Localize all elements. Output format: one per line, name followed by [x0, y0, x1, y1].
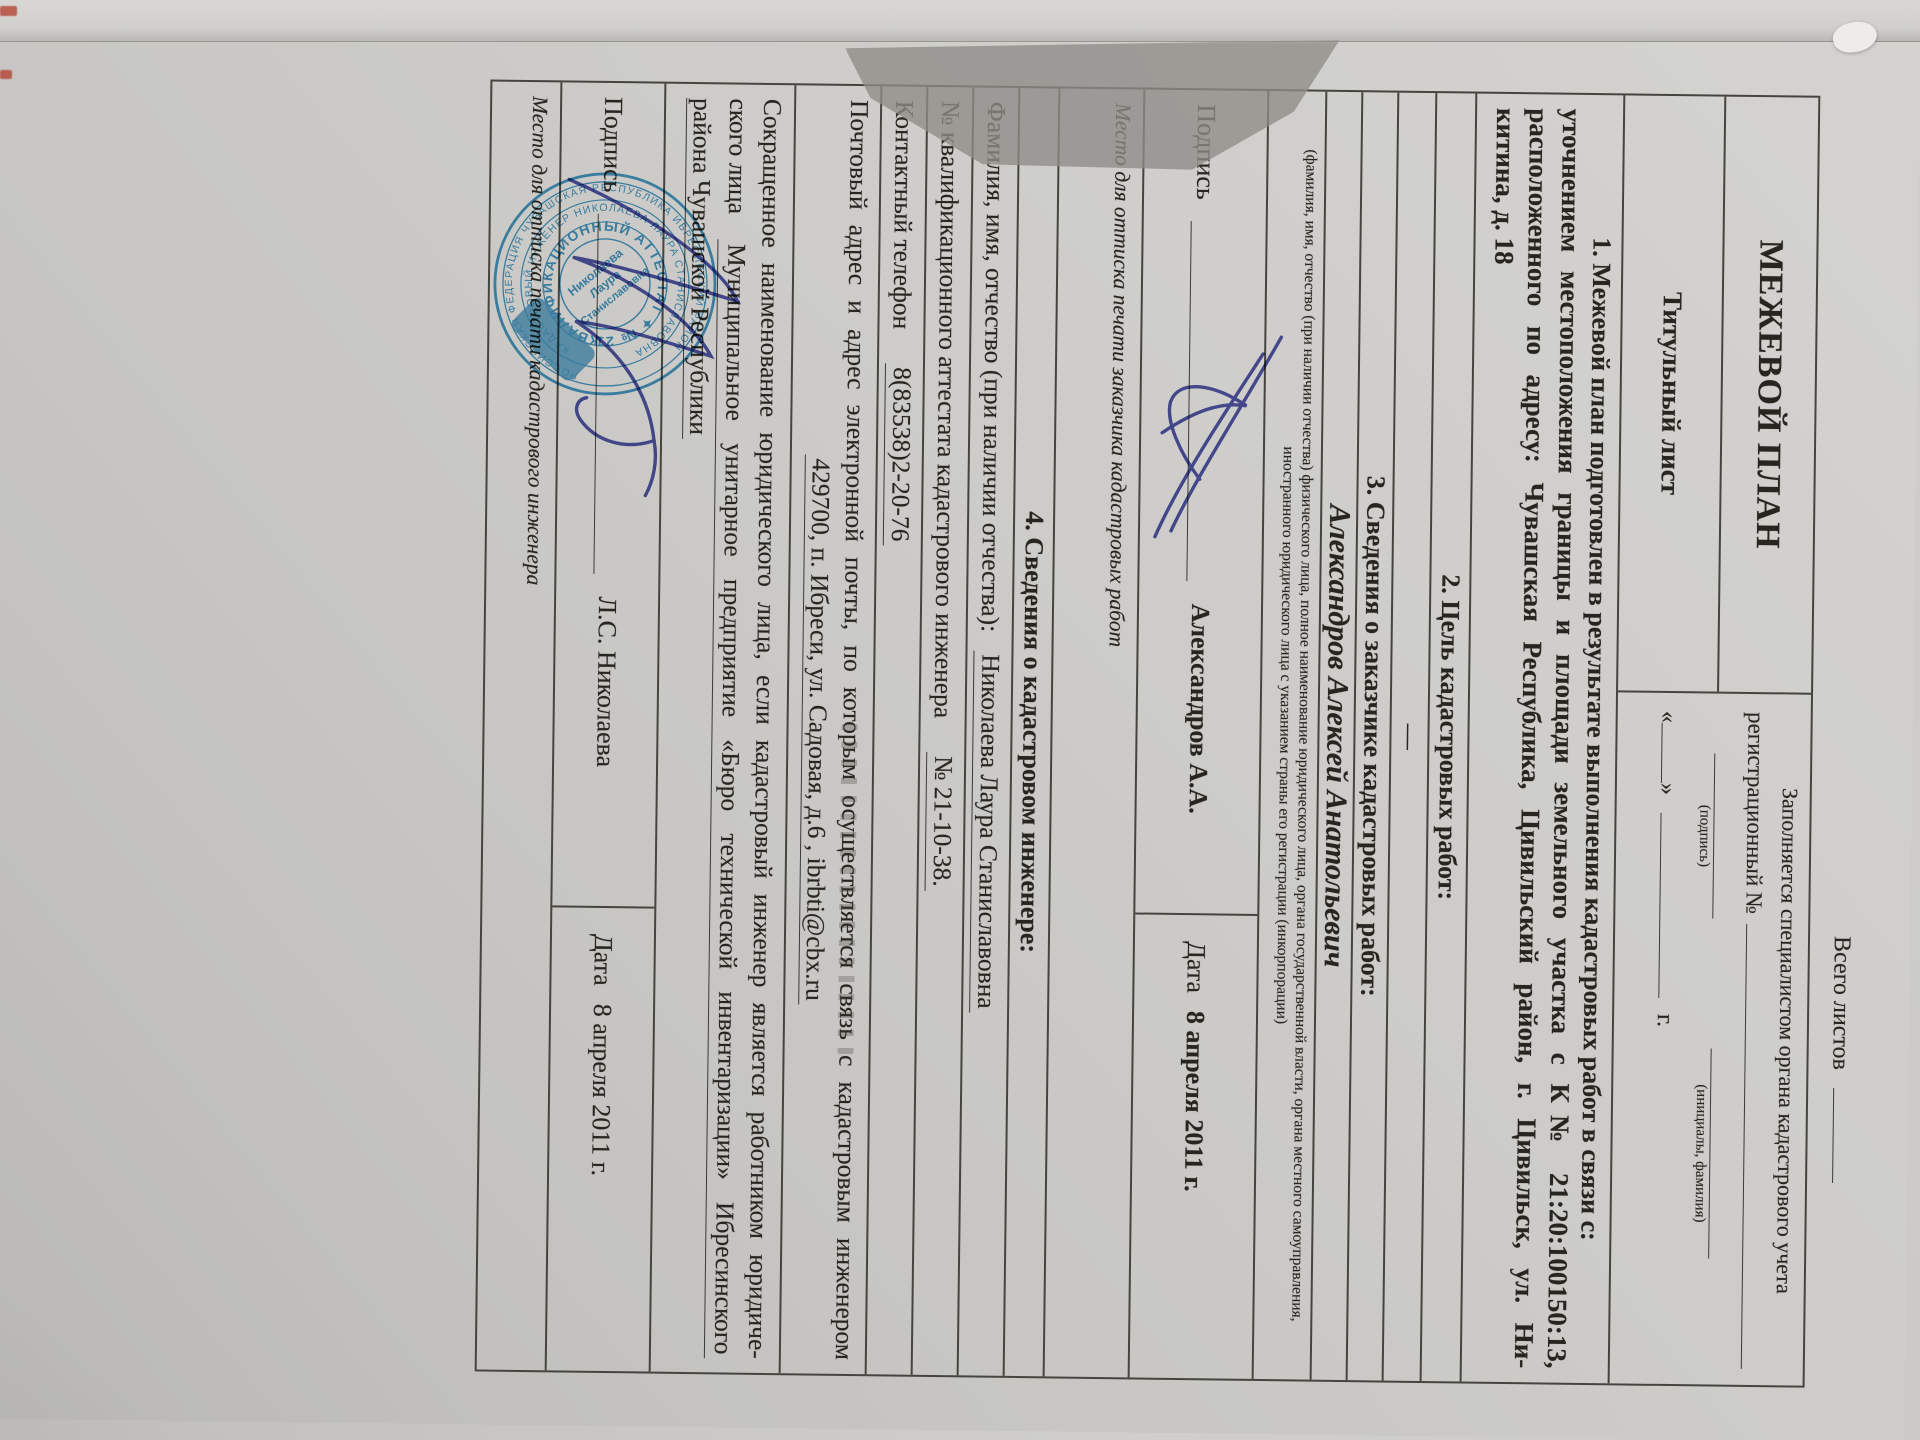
- section4-heading: 4. Сведения о кадастровом инженере:: [1014, 511, 1049, 953]
- postal-row: Почтовый адрес и адрес электронной почты…: [779, 85, 881, 1374]
- year-suffix: г.: [1652, 1014, 1678, 1027]
- stamp-rings: РОССИЙСКАЯ ФЕДЕРАЦИЯ ЧУВАШСКАЯ РЕСПУБЛИК…: [489, 168, 722, 401]
- customer-date-cell: Дата 8 апреля 2011 г.: [1130, 914, 1258, 1378]
- engineer-date-label: Дата: [587, 934, 618, 986]
- engineer-date-value: 8 апреля 2011 г.: [585, 1004, 617, 1177]
- photo-canvas: Всего листов МЕЖЕВОЙ ПЛАН Титульный лист…: [0, 0, 1920, 1440]
- customer-signature: [1131, 280, 1294, 552]
- header-date-line: «» г.: [1647, 711, 1687, 1368]
- engineer-date-cell: Дата 8 апреля 2011 г.: [547, 907, 655, 1371]
- title-sheet-box: Титульный лист: [1618, 95, 1724, 691]
- signature-blank: [1712, 754, 1731, 919]
- paper-sheet: Всего листов МЕЖЕВОЙ ПЛАН Титульный лист…: [0, 18, 1920, 1440]
- quote-open: «: [1656, 711, 1682, 723]
- red-edge-mark: [0, 6, 17, 16]
- customer-signature-strokes: [1155, 336, 1281, 538]
- doc-title: МЕЖЕВОЙ ПЛАН: [1748, 239, 1790, 549]
- customer-date-label: Дата: [1180, 941, 1211, 993]
- total-sheets-blank: [1832, 1088, 1858, 1183]
- customer-sign-name: Александров А.А.: [1183, 604, 1216, 814]
- postal-value: 429700, п. Ибреси, ул. Садовая, д.6 , ib…: [798, 454, 836, 1005]
- engineer-name-value: Николаева Лаура Станиславовна: [969, 650, 1005, 1013]
- round-stamp-icon: РОССИЙСКАЯ ФЕДЕРАЦИЯ ЧУВАШСКАЯ РЕСПУБЛИК…: [489, 168, 722, 401]
- total-sheets-line: Всего листов: [1825, 936, 1860, 1183]
- title-sheet-label: Титульный лист: [1654, 292, 1687, 495]
- header-right-cell: Заполняется специалистом органа кадастро…: [1610, 692, 1811, 1385]
- phone-label: Контактный телефон: [886, 100, 919, 329]
- section2-heading: 2. Цель кадастровых работ:: [1431, 574, 1465, 900]
- section2-value: —: [1394, 724, 1424, 750]
- registration-number-line: регистрационный №: [1735, 712, 1773, 1369]
- engineer-sign-name: Л.С. Николаева: [590, 596, 622, 767]
- red-edge-mark: [0, 70, 12, 79]
- signature-hint: (подпись): [1694, 753, 1713, 918]
- section1-row: 1. Межевой план подготовлен в результате…: [1460, 94, 1624, 1384]
- attestat-value: № 21-10-38.: [925, 752, 959, 891]
- registration-number-blank: [1741, 924, 1771, 1369]
- initials-hint: (инициалы, фамилия): [1690, 1048, 1710, 1258]
- customer-stamp-area: Место для оттиска печати заказчика кадас…: [1043, 88, 1144, 1377]
- header-left-cell: МЕЖЕВОЙ ПЛАН Титульный лист: [1618, 95, 1818, 694]
- initials-blank: [1708, 1049, 1727, 1259]
- customer-name: Александров Алексей Анатольевич: [1317, 504, 1357, 967]
- quote-close: »: [1655, 783, 1681, 795]
- engineer-name-label: Фамилия, имя, отчество (при наличии отче…: [975, 102, 1011, 633]
- filled-by-note: Заполняется специалистом органа кадастро…: [1770, 712, 1804, 1369]
- header-row: МЕЖЕВОЙ ПЛАН Титульный лист Заполняется …: [1608, 95, 1819, 1385]
- registration-number-label: регистрационный №: [1740, 712, 1768, 914]
- page-edge-strip: [0, 0, 1920, 42]
- date-month-blank: [1658, 813, 1685, 998]
- attestat-label: № квалификационного аттестата кадастрово…: [928, 101, 966, 718]
- phone-value: 8(83538)2-20-76: [883, 363, 917, 546]
- section3-heading: 3. Сведения о заказчике кадастровых рабо…: [1354, 476, 1390, 997]
- customer-date-value: 8 апреля 2011 г.: [1178, 1011, 1210, 1192]
- total-sheets-label: Всего листов: [1827, 936, 1855, 1070]
- customer-stamp-note: Место для оттиска печати заказчика кадас…: [1105, 103, 1136, 647]
- date-day-blank: [1661, 723, 1687, 783]
- doc-title-box: МЕЖЕВОЙ ПЛАН: [1717, 97, 1818, 693]
